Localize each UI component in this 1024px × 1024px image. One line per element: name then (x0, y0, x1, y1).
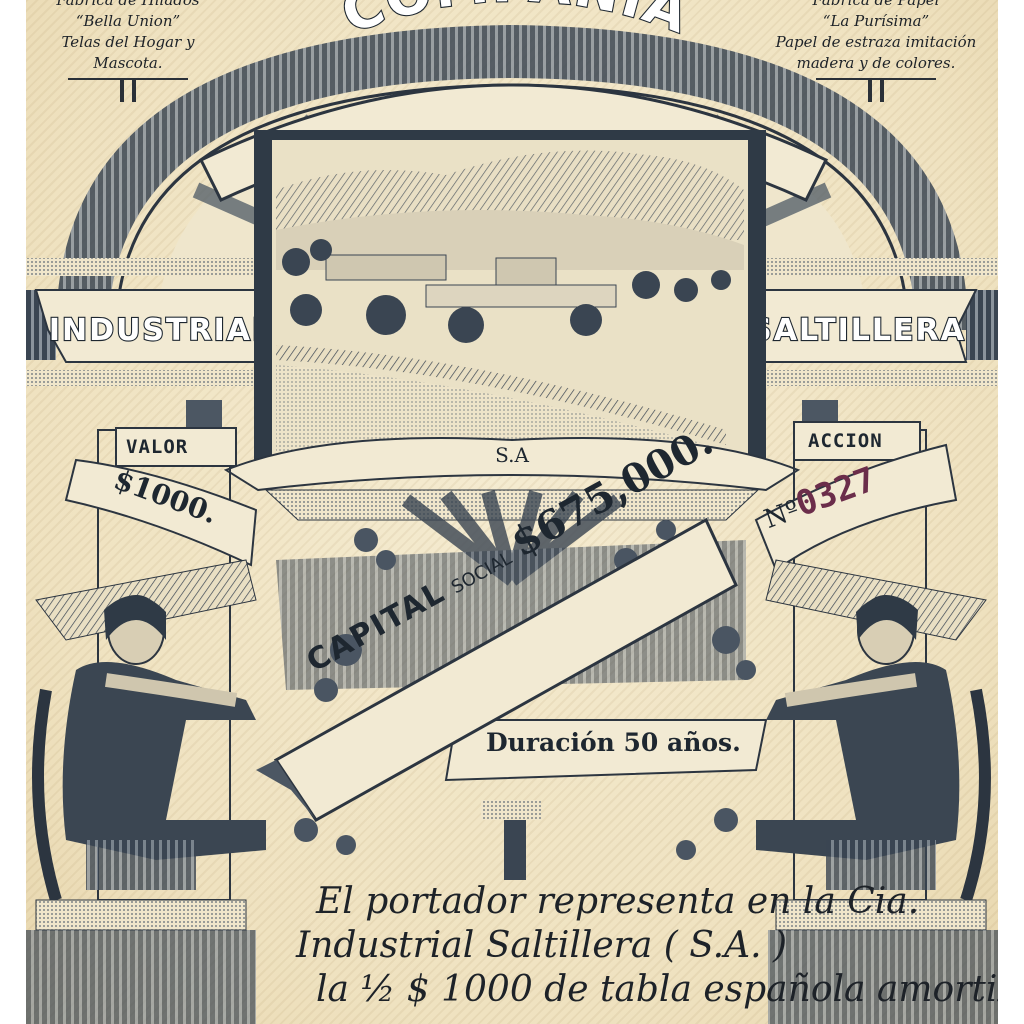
banner-saltillera: SALTILLERA (750, 313, 966, 348)
vignette-caption: S.A (495, 443, 529, 467)
share-label: ACCION (808, 430, 883, 452)
certificate-body: El portador representa en la Cia. Indust… (296, 880, 996, 1012)
body-line: la ½ $ 1000 de tabla española amortizado… (296, 968, 996, 1012)
duration-text: Duración 50 años. (486, 728, 741, 757)
body-line: El portador representa en la Cia. (296, 880, 996, 924)
body-line: Industrial Saltillera ( S.A. ) (296, 924, 996, 968)
stock-certificate: Fábrica de Hilados “Bella Union” Telas d… (26, 0, 998, 1024)
value-label: VALOR (126, 436, 188, 458)
banner-industrial: INDUSTRIAL (49, 313, 273, 348)
